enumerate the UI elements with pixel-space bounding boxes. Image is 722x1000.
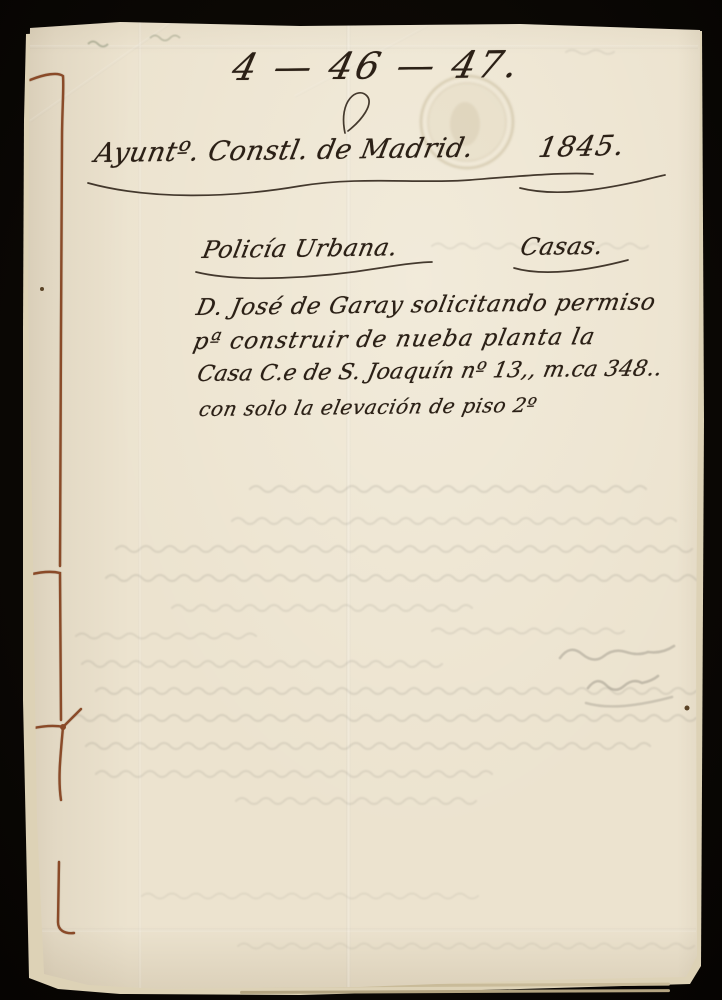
petition-line-2: pª construir de nueba planta la: [191, 324, 598, 355]
header-year: 1845.: [536, 129, 628, 164]
crease-diagonal-topleft: [29, 17, 178, 123]
crease-vertical-center: [346, 22, 351, 988]
signature-bleed: [560, 646, 674, 706]
crease-horizontal-bottom: [36, 928, 696, 932]
petition-line-1: D. José de Garay solicitando permiso: [194, 289, 658, 321]
margin-stains: [88, 36, 180, 47]
subject-casas: Casas.: [518, 232, 606, 261]
manuscript-page: 4 — 46 — 47. Ayuntº. Constl. de Madrid. …: [0, 0, 722, 1000]
petition-line-4: con solo la elevación de piso 2º: [197, 393, 539, 421]
docket-number: 4 — 46 — 47.: [228, 43, 526, 89]
bleed-through-writing: [72, 50, 706, 949]
petition-line-3: Casa C.e de S. Joaquín nº 13,, m.ca 348.…: [195, 356, 665, 387]
scan-background: 4 — 46 — 47. Ayuntº. Constl. de Madrid. …: [0, 0, 722, 1000]
page-edge-line: [240, 989, 670, 994]
header-office: Ayuntº. Constl. de Madrid.: [92, 133, 476, 169]
subject-policia-urbana: Policía Urbana.: [200, 233, 400, 264]
